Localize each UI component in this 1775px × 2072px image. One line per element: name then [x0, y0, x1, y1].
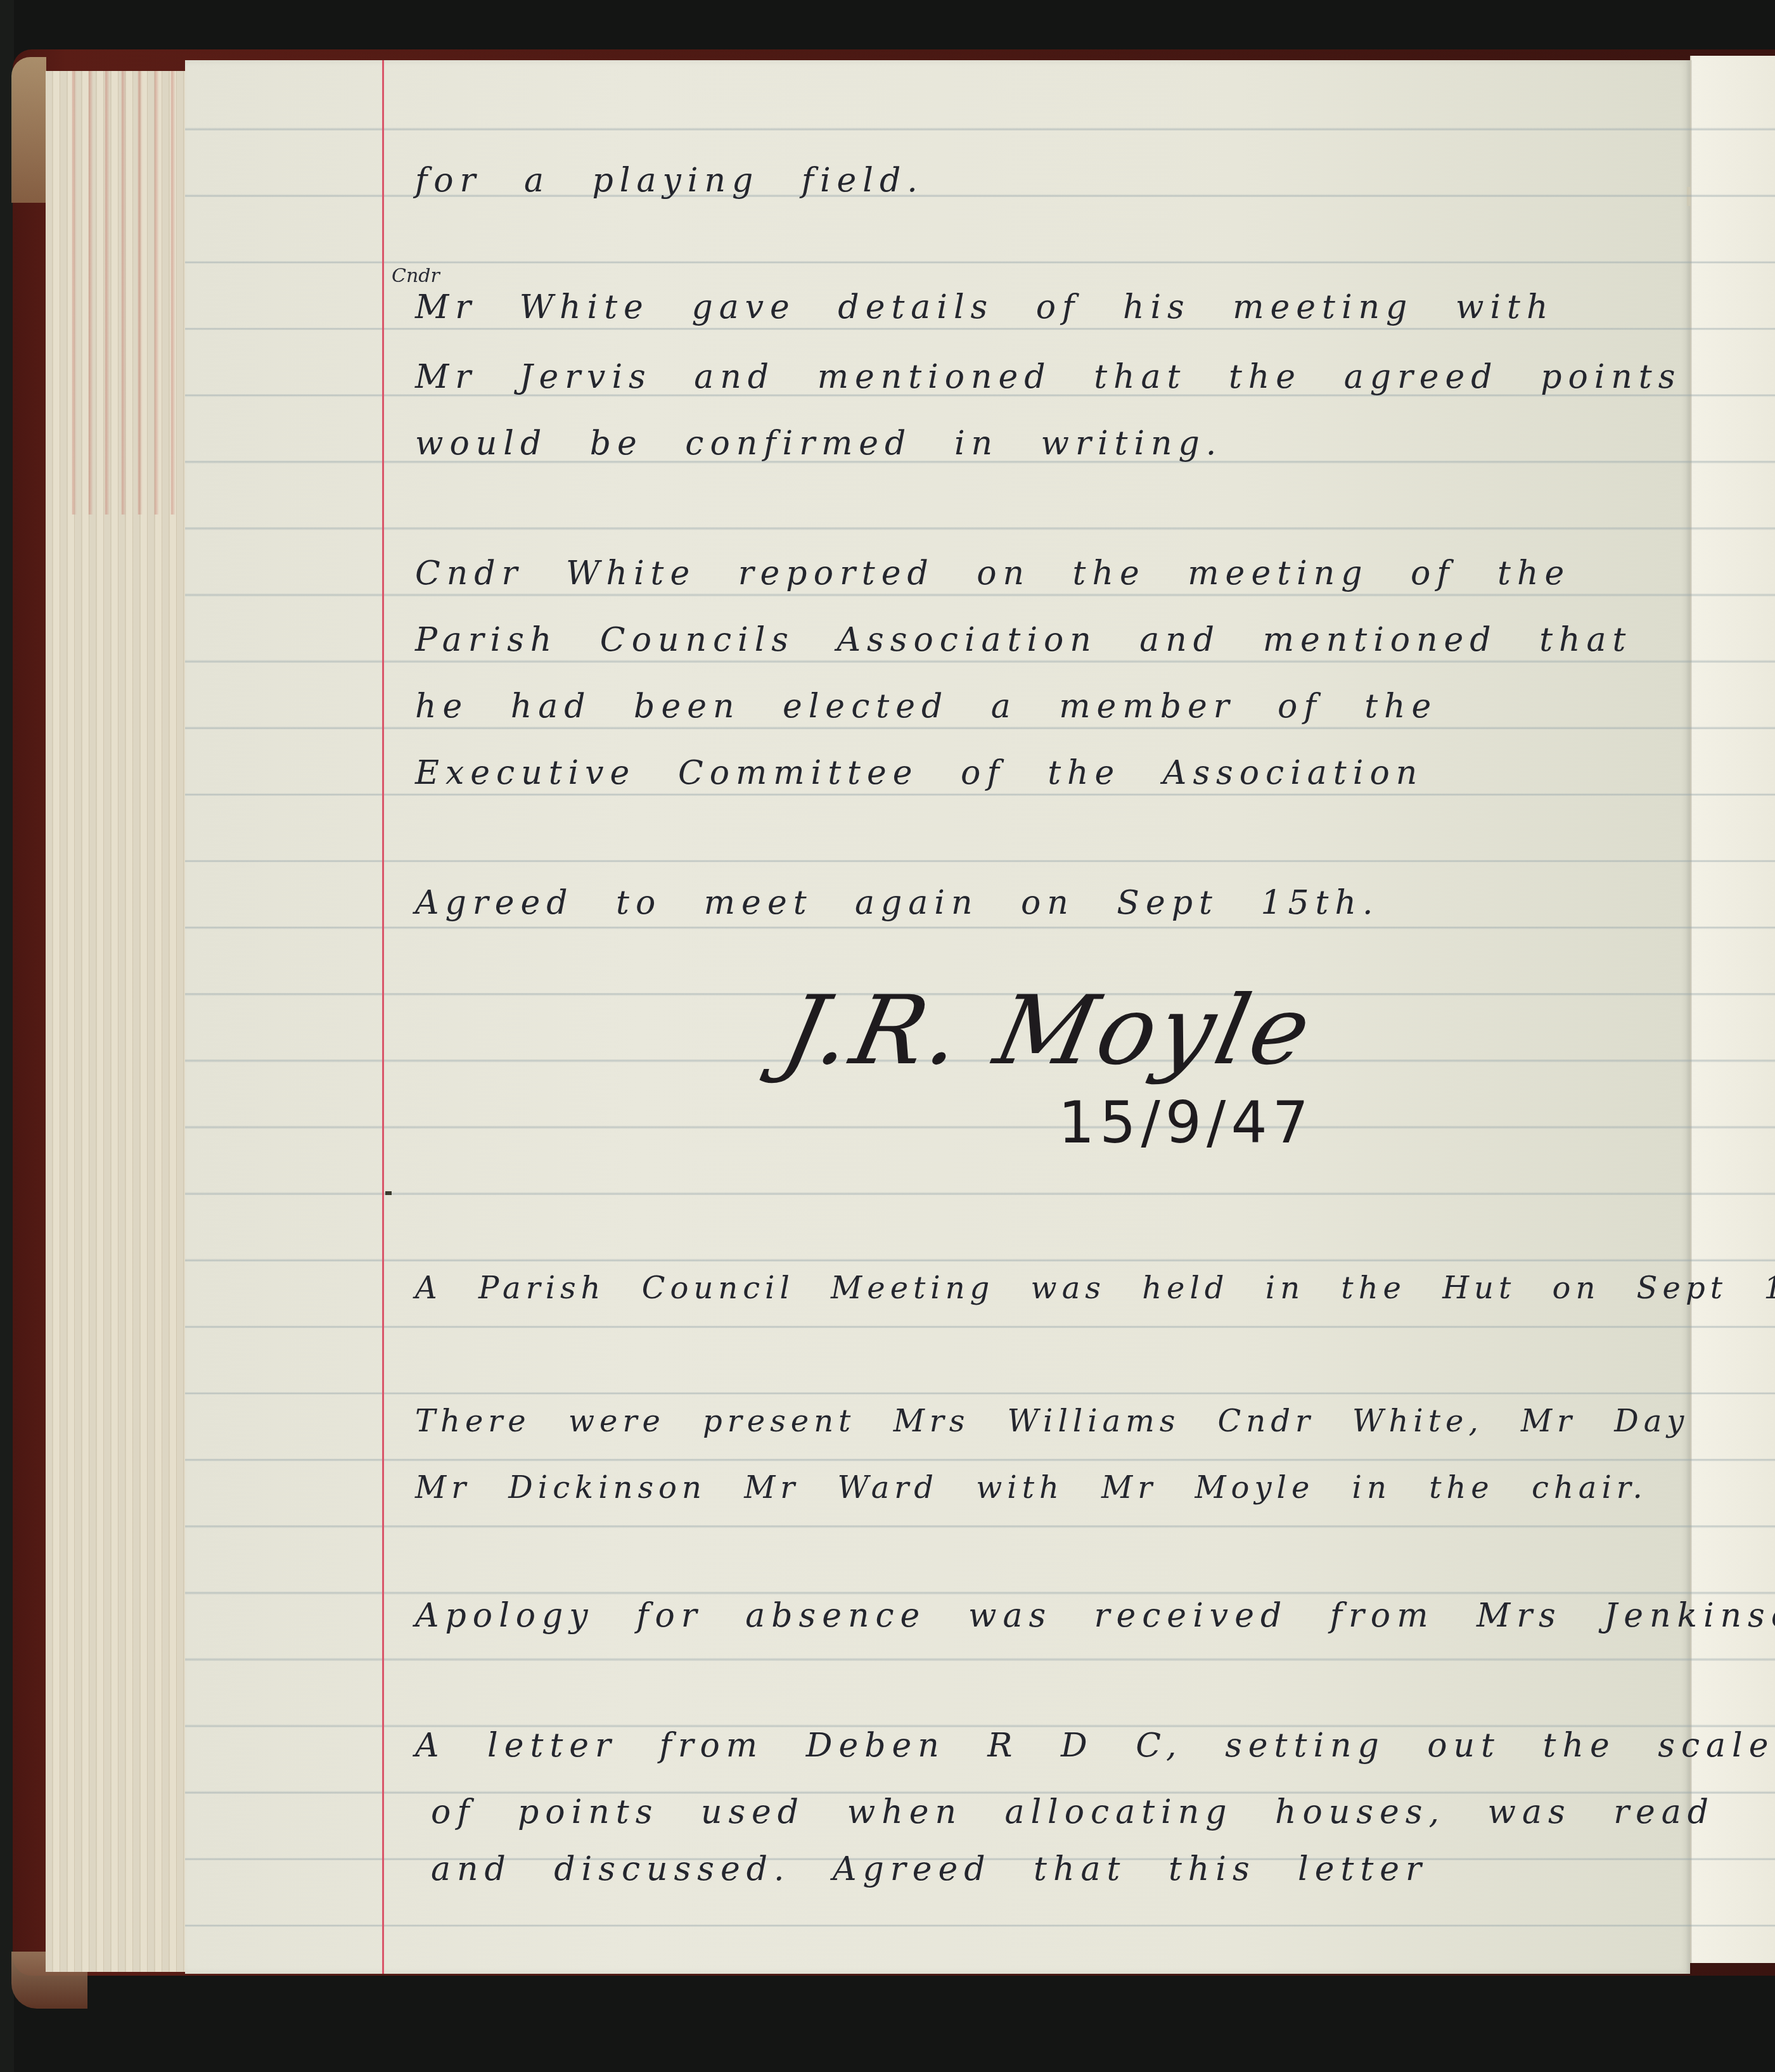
- letter-line: and discussed. Agreed that this letter: [431, 1850, 1428, 1888]
- book-spine-left: [0, 0, 14, 2072]
- page-stack-red-edge: [60, 71, 187, 515]
- cover-corner-worn-top: [11, 57, 46, 203]
- attendance-line: There were present Mrs Williams Cndr Whi…: [415, 1404, 1689, 1439]
- entry-line: Parish Councils Association and mentione…: [415, 621, 1632, 659]
- entry-line: Cndr White reported on the meeting of th…: [415, 554, 1570, 592]
- chairman-signature: J.R. Moyle: [774, 976, 1324, 1086]
- entry-line: he had been elected a member of the: [415, 687, 1437, 726]
- meeting-heading: A Parish Council Meeting was held in the…: [415, 1270, 1775, 1306]
- entry-line: Mr White gave details of his meeting wit…: [415, 288, 1554, 326]
- attendance-line: Mr Dickinson Mr Ward with Mr Moyle in th…: [415, 1470, 1648, 1506]
- letter-line: of points used when allocating houses, w…: [431, 1793, 1715, 1831]
- letter-line: A letter from Deben R D C, setting out t…: [415, 1727, 1774, 1765]
- page-fold-shadow: [1686, 60, 1692, 1974]
- entry-line: Mr Jervis and mentioned that the agreed …: [415, 358, 1681, 396]
- apologies-line: Apology for absence was received from Mr…: [415, 1597, 1775, 1635]
- entry-line: Executive Committee of the Association: [415, 754, 1423, 792]
- signature-date: 15/9/47: [1058, 1090, 1314, 1156]
- margin-tick-mark: [385, 1191, 392, 1195]
- inserted-annotation: Cndr: [392, 265, 440, 287]
- facing-page-edge: [1690, 56, 1775, 1963]
- entry-line: Agreed to meet again on Sept 15th.: [415, 884, 1380, 922]
- entry-line: for a playing field.: [415, 162, 924, 200]
- entry-line: would be confirmed in writing.: [415, 425, 1222, 463]
- page-edge-nick: [1687, 187, 1691, 206]
- red-margin-line: [382, 60, 384, 1974]
